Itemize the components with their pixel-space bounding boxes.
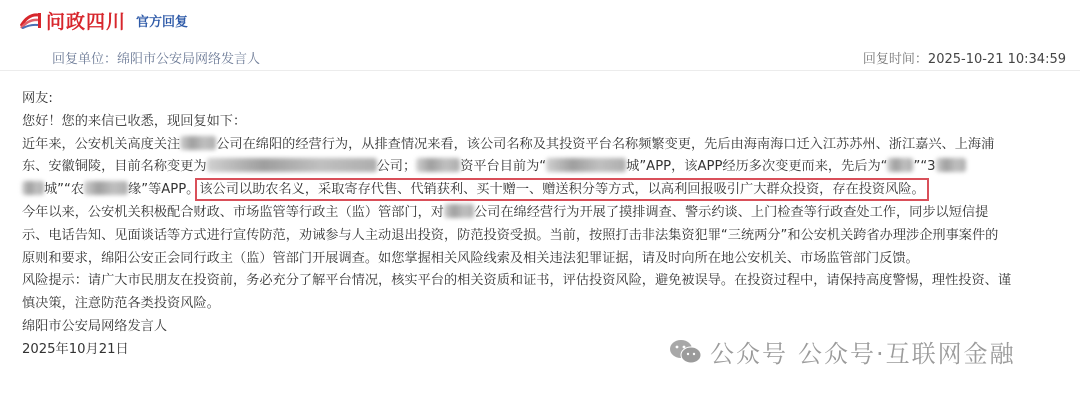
salutation: 网友: bbox=[22, 88, 1062, 111]
highlighted-risk-statement: 该公司以助农名义，采取寄存代售、代销获利、买十赠一、赠送积分等方式，以高利回报吸… bbox=[199, 182, 924, 197]
wechat-icon bbox=[668, 338, 704, 366]
site-header: 问政四川 官方回复 bbox=[20, 8, 188, 32]
redacted-text bbox=[84, 181, 128, 195]
reply-unit-label: 回复单位： bbox=[52, 52, 117, 67]
redacted-text bbox=[936, 158, 966, 172]
paragraph-1-line-2: 东、安徽铜陵，目前名称变更为公司；资平台目前为“城”APP，该APP经历多次变更… bbox=[22, 156, 1062, 179]
risk-notice-line-2: 慎决策，注意防范各类投资风险。 bbox=[22, 293, 1062, 316]
reply-unit: 回复单位：绵阳市公安局网络发言人 bbox=[52, 48, 260, 67]
paragraph-1-line-1: 近年来，公安机关高度关注公司在绵阳的经营行为，从排查情况来看，该公司名称及其投资… bbox=[22, 134, 1062, 157]
paragraph-2-line-2: 示、电话告知、见面谈话等方式进行宣传防范，劝诫参与人主动退出投资，防范投资受损。… bbox=[22, 225, 1062, 248]
brand-title[interactable]: 问政四川 bbox=[46, 7, 126, 34]
reply-meta: 回复单位：绵阳市公安局网络发言人 回复时间：2025-10-21 10:34:5… bbox=[0, 44, 1080, 71]
paragraph-1-line-3: 城”“农缘”等APP。该公司以助农名义，采取寄存代售、代销获利、买十赠一、赠送积… bbox=[22, 179, 1062, 202]
redacted-text bbox=[207, 158, 377, 172]
redacted-text bbox=[444, 204, 474, 218]
redacted-text bbox=[887, 158, 913, 172]
paragraph-2-line-1: 今年以来，公安机关积极配合财政、市场监管等行政主（监）管部门，对公司在绵经营行为… bbox=[22, 202, 1062, 225]
reply-time: 回复时间：2025-10-21 10:34:59 bbox=[863, 48, 1066, 67]
redacted-text bbox=[22, 181, 44, 195]
reply-time-value: 2025-10-21 10:34:59 bbox=[928, 52, 1066, 67]
greeting: 您好！您的来信已收悉，现回复如下： bbox=[22, 111, 1062, 134]
paragraph-2-line-3: 原则和要求，绵阳公安正会同行政主（监）管部门开展调查。如您掌握相关风险线索及相关… bbox=[22, 248, 1062, 271]
reply-time-label: 回复时间： bbox=[863, 52, 928, 67]
wechat-watermark: 公众号 公众号·互联网金融 bbox=[668, 334, 1016, 369]
redacted-text bbox=[546, 158, 626, 172]
watermark-text-b: 公众号·互联网金融 bbox=[798, 334, 1016, 369]
brand-subtitle: 官方回复 bbox=[136, 11, 188, 30]
reply-body: 网友: 您好！您的来信已收悉，现回复如下： 近年来，公安机关高度关注公司在绵阳的… bbox=[22, 88, 1062, 362]
redacted-text bbox=[180, 136, 216, 150]
signal-waves-icon bbox=[20, 11, 42, 29]
risk-notice-line-1: 风险提示：请广大市民朋友在投资前，务必充分了解平台情况，核实平台的相关资质和证书… bbox=[22, 270, 1062, 293]
watermark-text-a: 公众号 bbox=[710, 334, 788, 369]
redacted-text bbox=[416, 158, 460, 172]
reply-unit-value: 绵阳市公安局网络发言人 bbox=[117, 52, 260, 67]
